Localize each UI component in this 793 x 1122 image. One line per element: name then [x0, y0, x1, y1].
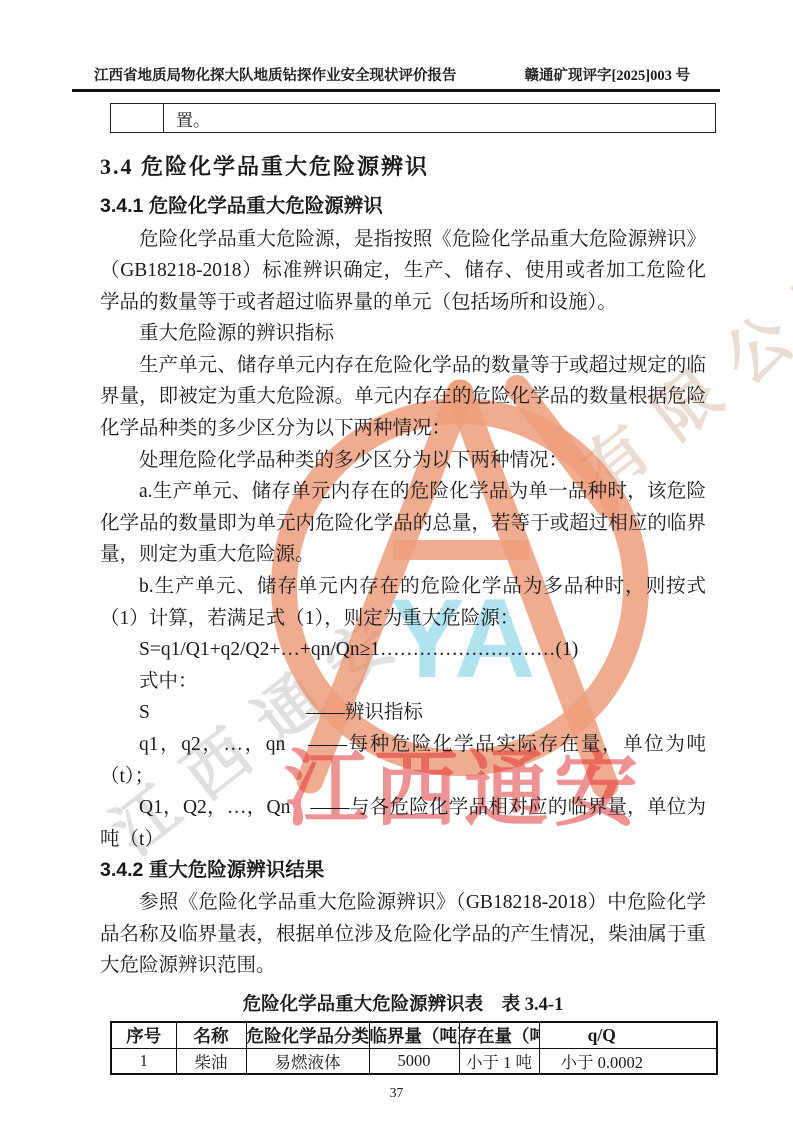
paragraph-definition: 危险化学品重大危险源，是指按照《危险化学品重大危险源辨识》（GB18218-20…	[100, 224, 706, 319]
col-header-q-over-Q: q/Q	[539, 1022, 717, 1049]
table-title: 危险化学品重大危险源辨识表 表 3.4-1	[100, 990, 706, 1016]
col-header-existing-qty: 存在量（吨）	[459, 1022, 539, 1049]
table-data-row: 1 柴油 易燃液体 5000 小于 1 吨 小于 0.0002	[111, 1048, 717, 1074]
cell-name: 柴油	[176, 1048, 246, 1074]
table-header-row: 序号 名称 危险化学品分类 临界量（吨） 存在量（吨） q/Q	[111, 1022, 717, 1049]
header-rule	[72, 89, 720, 92]
cell-existing-qty: 小于 1 吨	[459, 1048, 539, 1074]
section-heading-3-4: 3.4 危险化学品重大危险源辨识	[100, 150, 793, 181]
continuation-table-empty-cell	[111, 104, 164, 132]
paragraph-indicator-title: 重大危险源的辨识指标	[100, 318, 706, 350]
paragraph-case-a: a.生产单元、储存单元内存在的危险化学品为单一品种时，该危险化学品的数量即为单元…	[100, 476, 706, 571]
paragraph-where: 式中：	[100, 666, 706, 698]
header-report-title: 江西省地质局物化探大队地质钻探作业安全现状评价报告	[72, 64, 457, 85]
header-document-number: 赣通矿现评字[2025]003 号	[524, 64, 720, 85]
document-page: 江西通安 有限公司 YA 江西通安 江西省地质局物化探大队地质钻探作业安全现状评…	[0, 0, 793, 1122]
col-header-critical-qty: 临界量（吨）	[369, 1022, 459, 1049]
content-layer: 江西省地质局物化探大队地质钻探作业安全现状评价报告 赣通矿现评字[2025]00…	[0, 0, 793, 1122]
col-header-classification: 危险化学品分类	[246, 1022, 369, 1049]
continuation-table: 置。	[110, 103, 716, 133]
definition-s: S ——辨识指标	[100, 697, 706, 729]
section-heading-3-4-2: 3.4.2 重大危险源辨识结果	[100, 855, 706, 887]
continuation-table-text-cell: 置。	[164, 104, 715, 132]
formula-line: S=q1/Q1+q2/Q2+…+qn/Qn≥1………………………(1)	[100, 634, 706, 666]
col-header-index: 序号	[111, 1022, 176, 1049]
page-header: 江西省地质局物化探大队地质钻探作业安全现状评价报告 赣通矿现评字[2025]00…	[72, 64, 720, 85]
page-number: 37	[0, 1085, 793, 1101]
cell-q-over-Q: 小于 0.0002	[539, 1048, 717, 1074]
body-text-column: 危险化学品重大危险源，是指按照《危险化学品重大危险源辨识》（GB18218-20…	[100, 224, 706, 982]
paragraph-criteria: 生产单元、储存单元内存在危险化学品的数量等于或超过规定的临界量，即被定为重大危险…	[100, 350, 706, 445]
paragraph-case-b: b.生产单元、储存单元内存在的危险化学品为多品种时，则按式（1）计算，若满足式（…	[100, 571, 706, 634]
col-header-name: 名称	[176, 1022, 246, 1049]
cell-classification: 易燃液体	[246, 1048, 369, 1074]
definition-q-upper: Q1，Q2，…，Qn ——与各危险化学品相对应的临界量，单位为吨（t）	[100, 792, 706, 855]
definition-q-lower: q1，q2，…，qn ——每种危险化学品实际存在量，单位为吨（t）；	[100, 729, 706, 792]
section-heading-3-4-1: 3.4.1 危险化学品重大危险源辨识	[100, 190, 793, 218]
paragraph-result: 参照《危险化学品重大危险源辨识》（GB18218-2018）中危险化学品名称及临…	[100, 887, 706, 982]
cell-critical-qty: 5000	[369, 1048, 459, 1074]
cell-index: 1	[111, 1048, 176, 1074]
hazard-identification-table: 序号 名称 危险化学品分类 临界量（吨） 存在量（吨） q/Q 1 柴油 易燃液…	[110, 1021, 718, 1075]
paragraph-two-cases: 处理危险化学品种类的多少区分为以下两种情况：	[100, 445, 706, 477]
